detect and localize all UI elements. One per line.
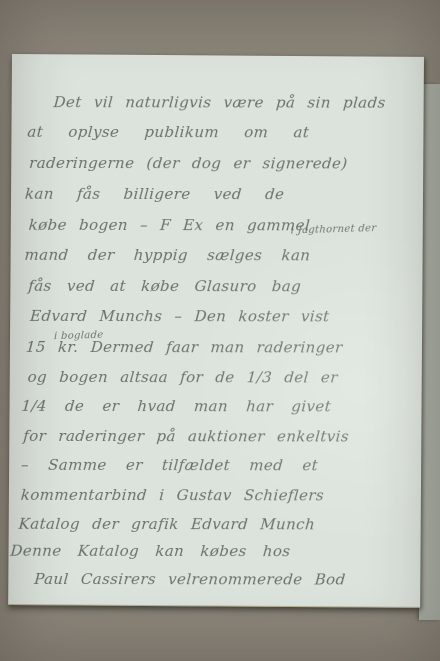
interlinear-insertion: i Jagthornet der bbox=[290, 223, 376, 236]
handwritten-line: Edvard Munchs – Den koster vist bbox=[29, 307, 330, 326]
handwritten-line: og bogen altsaa for de 1/3 del er bbox=[27, 368, 338, 387]
handwritten-line: fås ved at købe Glasuro bag bbox=[28, 277, 302, 295]
handwritten-line: raderingerne (der dog er signerede) bbox=[29, 154, 349, 173]
handwritten-line: at oplyse publikum om at bbox=[27, 123, 310, 141]
handwritten-line: mand der hyppig sælges kan bbox=[24, 246, 311, 264]
handwritten-line: Denne Katalog kan købes hos bbox=[10, 542, 291, 560]
photo-background: Det vil naturligvis være på sin plads at… bbox=[0, 0, 440, 661]
handwritten-line: kan fås billigere ved de bbox=[24, 185, 285, 203]
letter-paper: Det vil naturligvis være på sin plads at… bbox=[8, 54, 424, 608]
handwritten-line: Katalog der grafik Edvard Munch bbox=[18, 515, 316, 534]
handwritten-line: købe bogen – F Ex en gammel bbox=[28, 216, 311, 234]
handwritten-line: Det vil naturligvis være på sin plads bbox=[53, 93, 386, 112]
handwritten-line: 1/4 de er hvad man har givet bbox=[21, 397, 332, 416]
handwritten-line: kommentarbind i Gustav Schieflers bbox=[20, 486, 325, 505]
handwritten-line: Paul Cassirers velrenommerede Bod bbox=[34, 570, 347, 589]
handwritten-line: – Samme er tilfældet med et bbox=[20, 456, 318, 475]
handwritten-line: for raderinger på auktioner enkeltvis bbox=[23, 427, 350, 446]
handwritten-line: 15 kr. Dermed faar man raderinger bbox=[25, 338, 343, 357]
